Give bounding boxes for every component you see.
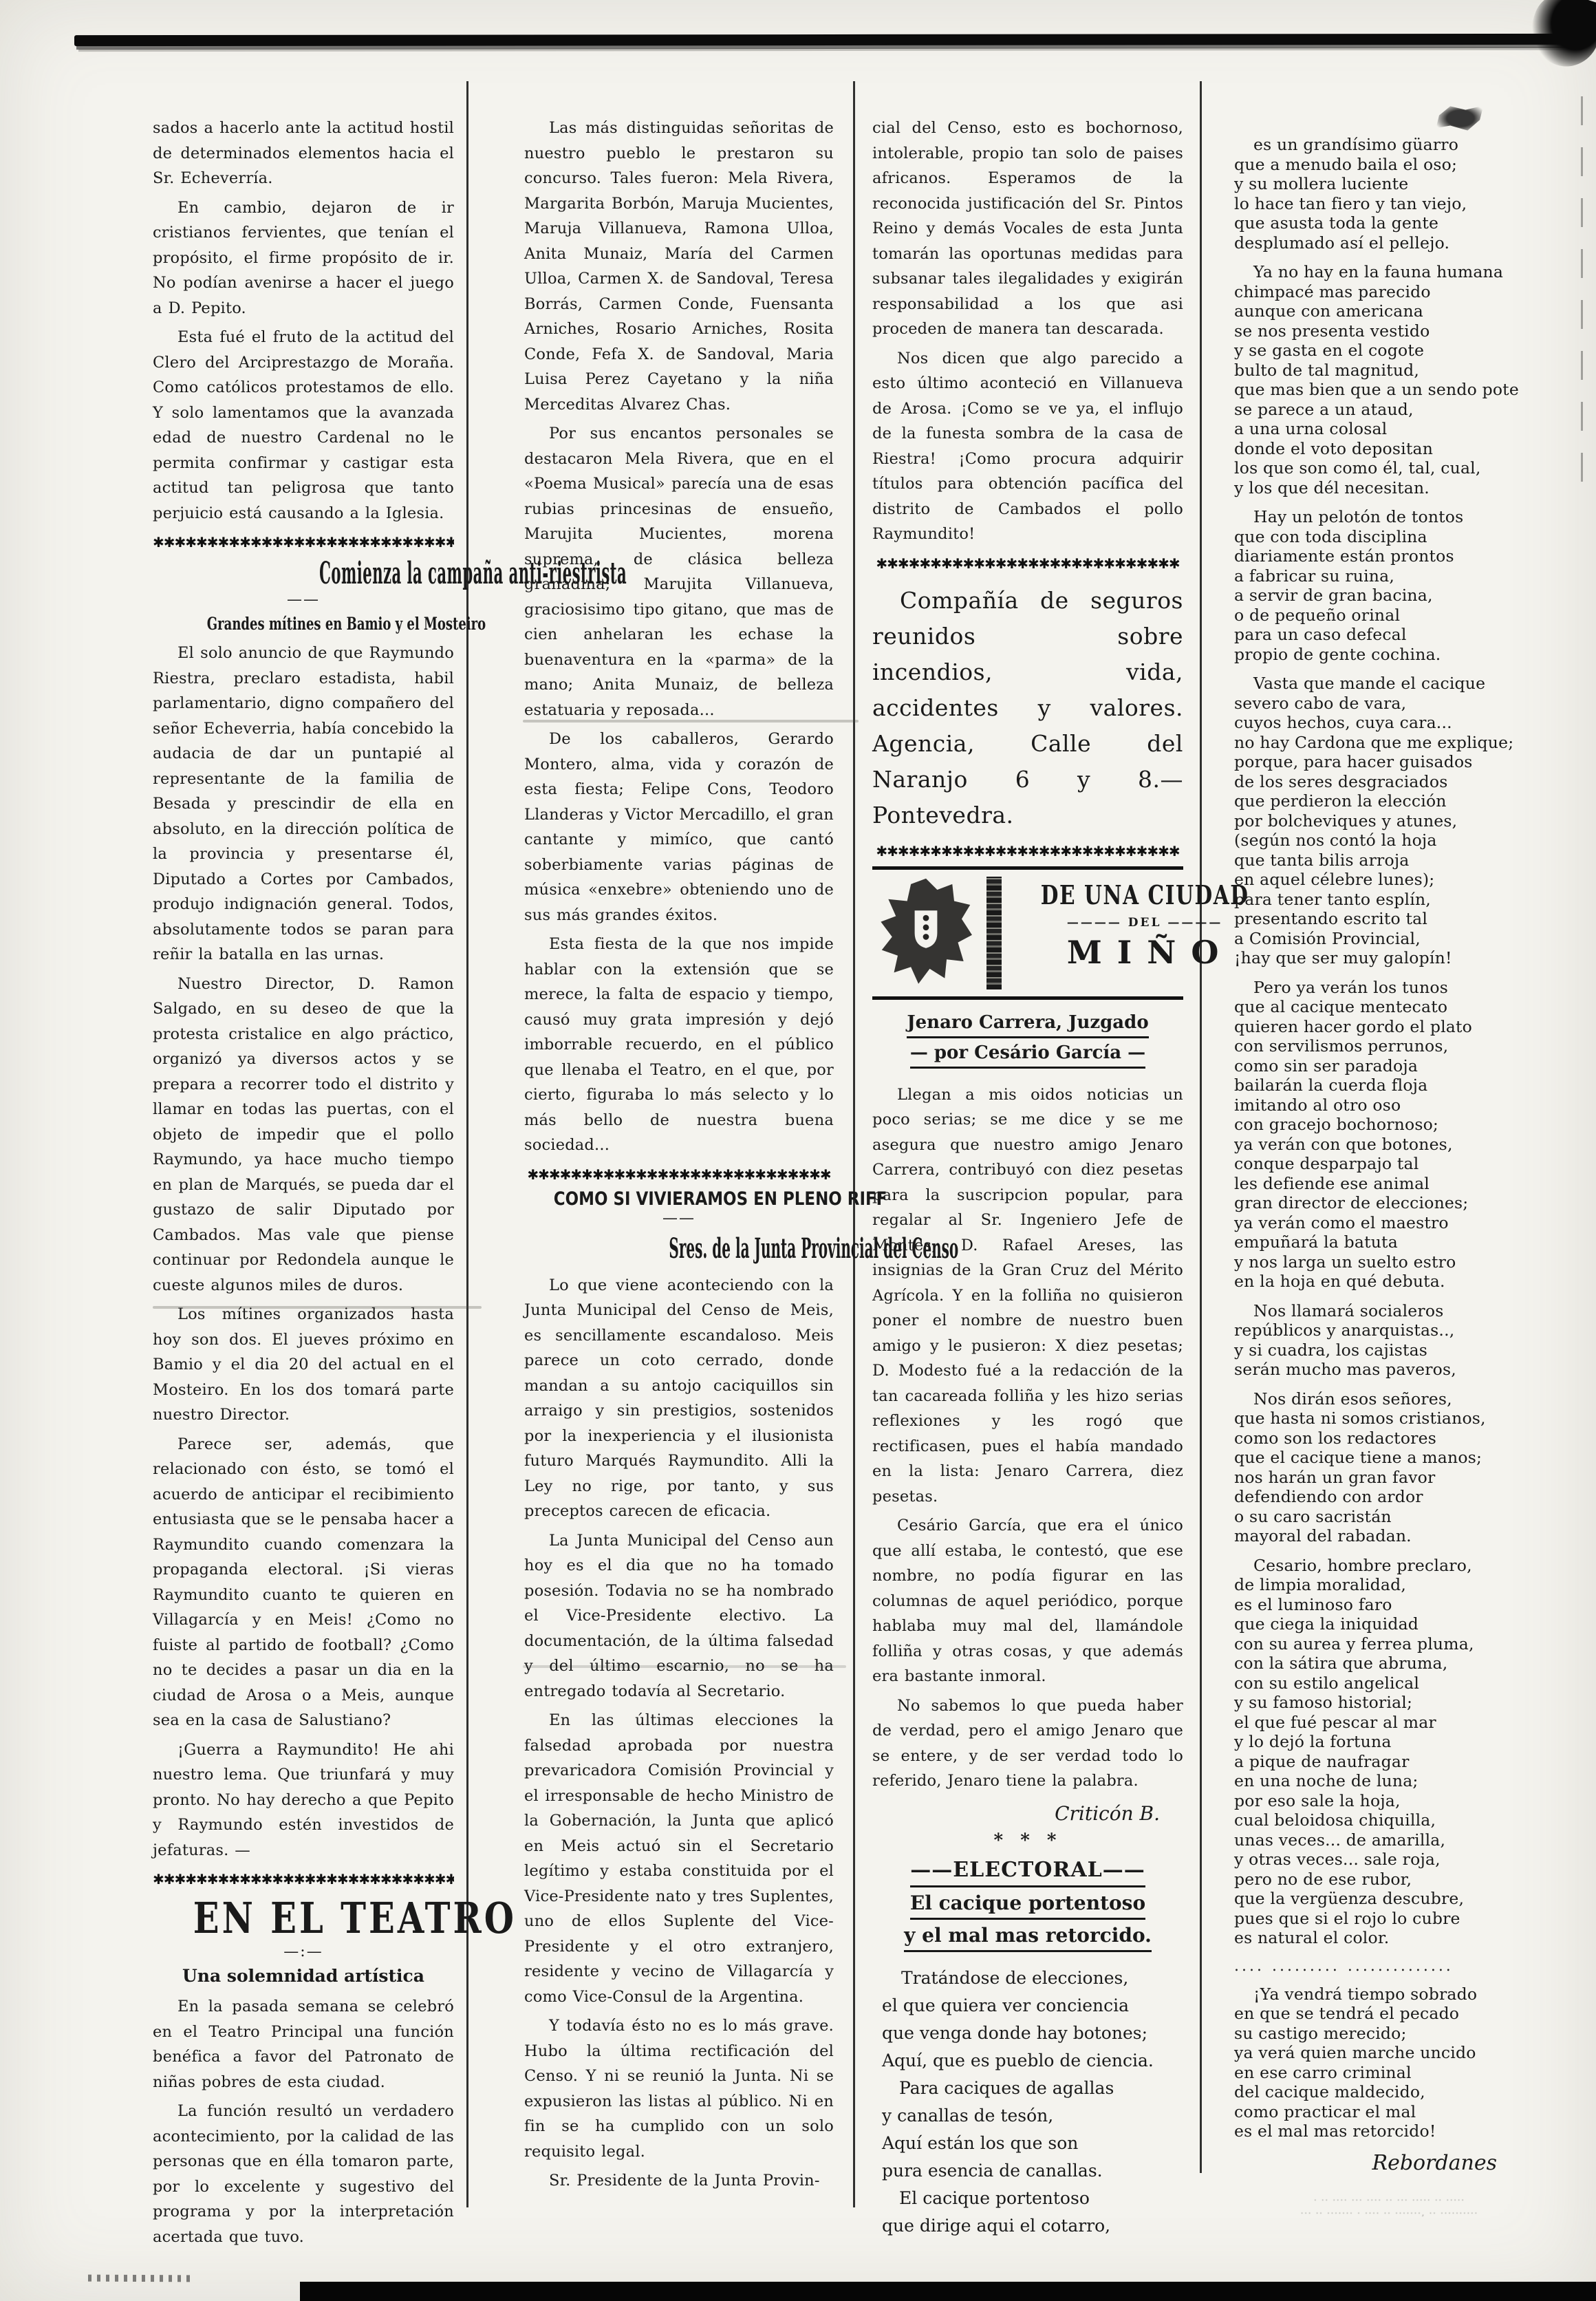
ink-smudge-small — [1435, 103, 1486, 133]
paragraph: Los mítines organizados hasta hoy son do… — [153, 1302, 454, 1428]
paragraph: Cesário García, que era el único que all… — [872, 1513, 1183, 1689]
signature-rebordanes: Rebordanes — [1234, 2151, 1497, 2175]
poem-stanza: Cesario, hombre preclaro, de limpia mora… — [1234, 1556, 1545, 1948]
paragraph: La función resultó un verdadero aconteci… — [153, 2099, 454, 2249]
paragraph: El solo anuncio de que Raymundo Riestra,… — [153, 641, 454, 967]
paragraph: Lo que viene aconteciendo con la Junta M… — [524, 1273, 834, 1524]
column-divider-3 — [1200, 81, 1202, 2173]
column-3: cial del Censo, esto es bochornoso, into… — [872, 116, 1183, 2240]
electoral-subheading-2-text: y el mal mas retorcido. — [904, 1924, 1152, 1952]
paragraph: sados a hacerlo ante la actitud hostil d… — [153, 116, 454, 191]
paragraph: En la pasada semana se celebró en el Tea… — [153, 1994, 454, 2095]
bottom-left-ink-marks — [88, 2275, 191, 2282]
insurance-ad: Compañía de seguros reunidos sobre incen… — [872, 583, 1183, 833]
paragraph: Parece ser, además, que relacionado con … — [153, 1432, 454, 1733]
paragraph: De los caballeros, Gerardo Montero, alma… — [524, 727, 834, 928]
stars-divider: ✱✱✱✱✱✱✱✱✱✱✱✱✱✱✱✱✱✱✱✱✱✱✱✱✱✱✱✱ — [153, 534, 454, 550]
poem-stanza: Pero ya verán los tunos que al cacique m… — [1234, 978, 1545, 1292]
column-divider-2 — [853, 81, 855, 2207]
poem-stanza: ¡Ya vendrá tiempo sobrado en que se tend… — [1234, 1984, 1545, 2141]
paragraph: En cambio, dejaron de ir cristianos ferv… — [153, 195, 454, 321]
stars-divider: ✱✱✱✱✱✱✱✱✱✱✱✱✱✱✱✱✱✱✱✱✱✱✱✱✱✱✱✱ — [153, 1871, 454, 1887]
poem-opening: Tratándose de elecciones, el que quiera … — [882, 1965, 1183, 2240]
column-4: es un grandísimo güarro que a menudo bai… — [1234, 135, 1545, 2218]
paragraph: No sabemos lo que pueda haber de verdad,… — [872, 1693, 1183, 1794]
section-masthead: DE UNA CIUDAD ———— DEL ———— MIÑO — [872, 866, 1183, 1000]
paragraph: Esta fiesta de la que nos impide hablar … — [524, 932, 834, 1158]
paragraph: Esta fué el fruto de la actitud del Cler… — [153, 325, 454, 526]
masthead-line-1: DE UNA CIUDAD — [1041, 879, 1249, 910]
asterisk-divider: * * * — [872, 1830, 1183, 1851]
paragraph: Por sus encantos personales se destacaro… — [524, 421, 834, 723]
electoral-heading: ——ELECTORAL—— — [872, 1858, 1183, 1890]
poem-stanza: Nos dirán esos señores, que hasta ni som… — [1234, 1389, 1545, 1546]
article-headline-teatro: EN EL TEATRO — [193, 1893, 517, 1943]
byline-title: Jenaro Carrera, Juzgado — [907, 1012, 1148, 1038]
article-subhead-solemnidad: Una solemnidad artística — [153, 1966, 454, 1986]
signature-criticon: Criticón B. — [872, 1802, 1160, 1825]
stars-divider: ✱✱✱✱✱✱✱✱✱✱✱✱✱✱✱✱✱✱✱✱✱✱✱✱✱✱✱✱ — [872, 555, 1183, 572]
spacer — [524, 1265, 834, 1273]
poem-stanza: Vasta que mande el cacique severo cabo d… — [1234, 674, 1545, 968]
city-emblem — [875, 877, 977, 989]
paragraph: Nos dicen que algo parecido a esto últim… — [872, 346, 1183, 547]
article-byline: Jenaro Carrera, Juzgado — por Cesário Ga… — [872, 1012, 1183, 1073]
article-subhead-riff: COMO SI VIVIERAMOS EN PLENO RIFF — [554, 1188, 887, 1210]
column-divider-right — [1581, 96, 1583, 482]
poem-stanza: Hay un pelotón de tontos que con toda di… — [1234, 507, 1545, 664]
headline-underline-dash: —— — [524, 1210, 834, 1227]
headline-underline-dash: —:— — [153, 1943, 454, 1960]
imprint-line: ··· ·· ······· · ···· ·· ·······, ·· ···… — [1234, 2209, 1545, 2218]
electoral-subheading-2: y el mal mas retorcido. — [872, 1924, 1183, 1955]
imprint-line: · ·· ···· ··· ···· ·· ··· ····· ·· ····· — [1234, 2196, 1545, 2205]
byline-author: — por Cesário García — — [910, 1042, 1145, 1069]
column-1: sados a hacerlo ante la actitud hostil d… — [153, 116, 454, 2254]
poem-stanza: es un grandísimo güarro que a menudo bai… — [1234, 135, 1545, 253]
column-2: Las más distinguidas señoritas de nuestr… — [524, 116, 834, 2198]
paragraph: cial del Censo, esto es bochornoso, into… — [872, 116, 1183, 342]
stars-divider: ✱✱✱✱✱✱✱✱✱✱✱✱✱✱✱✱✱✱✱✱✱✱✱✱✱✱✱✱ — [524, 1166, 834, 1183]
bottom-border-bar — [300, 2282, 1596, 2301]
paragraph: Las más distinguidas señoritas de nuestr… — [524, 116, 834, 417]
electoral-subheading-1: El cacique portentoso — [872, 1892, 1183, 1923]
paragraph: La Junta Municipal del Censo aun hoy es … — [524, 1528, 834, 1704]
dotted-separator: .... ......... .............. — [1234, 1958, 1545, 1975]
poem-stanza: Nos llamará socialeros repúblicos y anar… — [1234, 1301, 1545, 1380]
ornament-bar — [986, 877, 1002, 989]
paragraph: ¡Guerra a Raymundito! He ahi nuestro lem… — [153, 1737, 454, 1863]
article-subhead-mitines: Grandes mítines en Bamio y el Mosteiro — [207, 614, 486, 634]
coat-of-arms-icon — [875, 877, 977, 989]
top-border-rule — [74, 34, 1586, 46]
poem-stanza: Ya no hay en la fauna humana chimpacé ma… — [1234, 262, 1545, 497]
headline-underline-dash: —— — [153, 591, 454, 608]
paragraph: En las últimas elecciones la falsedad ap… — [524, 1708, 834, 2009]
paragraph: Y todavía ésto no es lo más grave. Hubo … — [524, 2013, 834, 2164]
column-divider-1 — [466, 81, 468, 2207]
spacer — [153, 634, 454, 641]
paragraph: Llegan a mis oidos noticias un poco seri… — [872, 1082, 1183, 1510]
ink-smudge-corner — [1522, 0, 1596, 75]
electoral-subheading-1-text: El cacique portentoso — [910, 1892, 1145, 1920]
paragraph: Nuestro Director, D. Ramon Salgado, en s… — [153, 972, 454, 1298]
newspaper-page: sados a hacerlo ante la actitud hostil d… — [0, 0, 1596, 2301]
paragraph: Sr. Presidente de la Junta Provin- — [524, 2168, 834, 2194]
electoral-heading-text: ——ELECTORAL—— — [910, 1858, 1145, 1887]
stars-divider: ✱✱✱✱✱✱✱✱✱✱✱✱✱✱✱✱✱✱✱✱✱✱✱✱✱✱✱✱ — [872, 843, 1183, 859]
